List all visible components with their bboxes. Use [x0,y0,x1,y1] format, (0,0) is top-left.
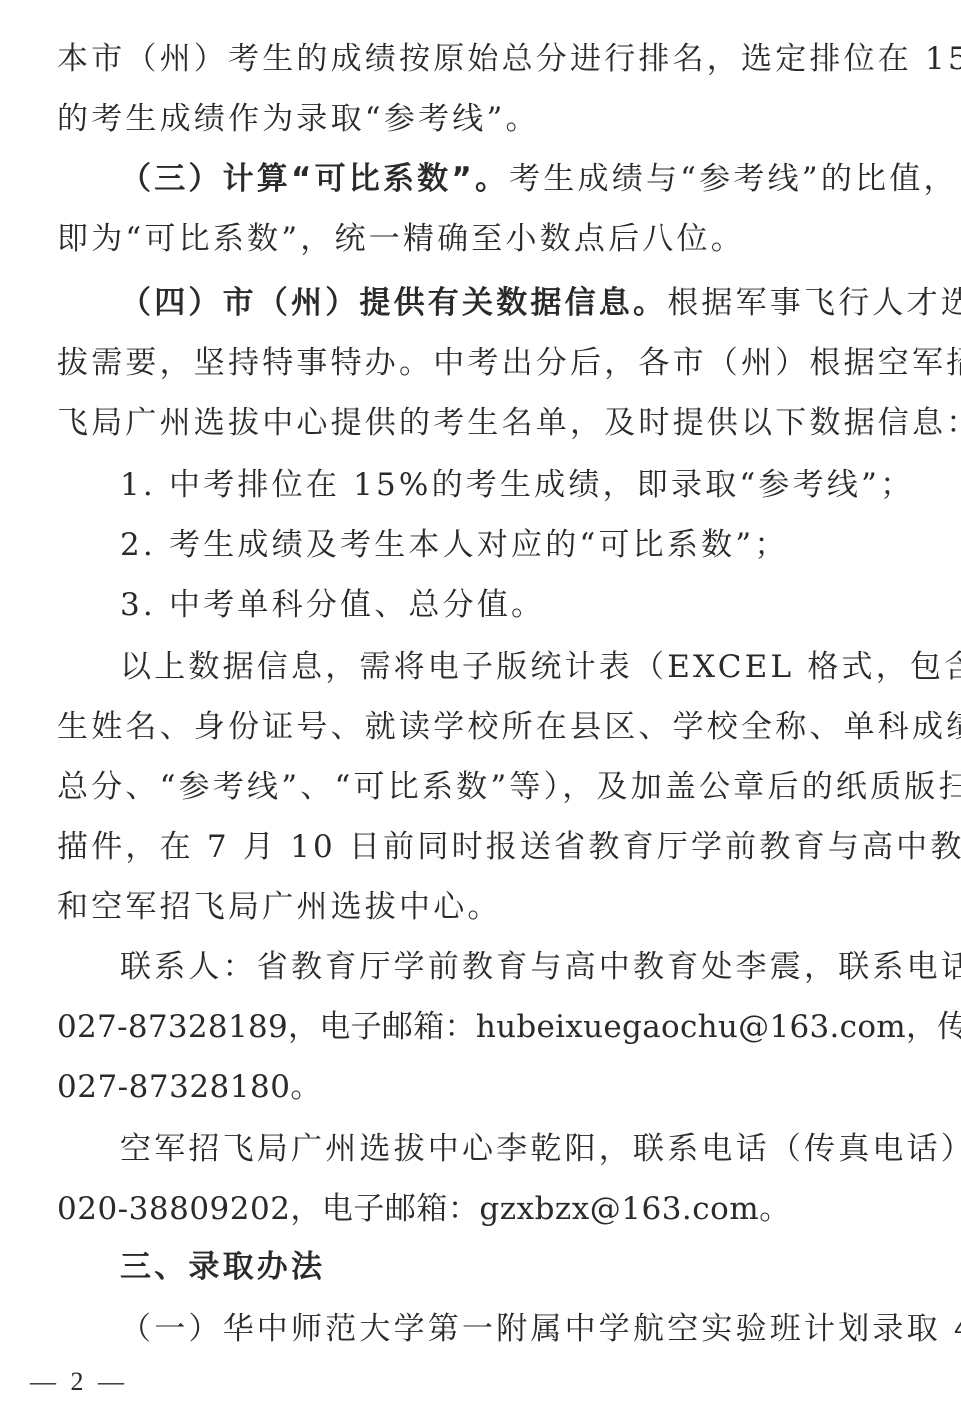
section-4-provide-data: （四）市（州）提供有关数据信息。根据军事飞行人才选 [120,283,907,323]
paragraph-line: 即为“可比系数”，统一精确至小数点后八位。 [57,219,907,259]
page-number: — 2 — [30,1366,128,1398]
contact-line: 027-87328189，电子邮箱：hubeixuegaochu@163.com… [57,1007,907,1047]
paragraph-line: 总分、“参考线”、“可比系数”等），及加盖公章后的纸质版扫 [57,767,907,807]
paragraph-line: 拔需要，坚持特事特办。中考出分后，各市（州）根据空军招 [57,343,907,383]
paragraph-line: 的考生成绩作为录取“参考线”。 [57,99,907,139]
section-text: 考生成绩与“参考线”的比值， [509,161,958,197]
list-item-2: 2. 考生成绩及考生本人对应的“可比系数”； [120,525,907,565]
paragraph-line: 生姓名、身份证号、就读学校所在县区、学校全称、单科成绩、 [57,707,907,747]
paragraph-line: 和空军招飞局广州选拔中心。 [57,887,907,927]
list-item-1: 1. 中考排位在 15%的考生成绩，即录取“参考线”； [120,465,907,505]
contact-line: 020-38809202，电子邮箱：gzxbzx@163.com。 [57,1189,907,1229]
section-text: 根据军事飞行人才选 [667,285,961,321]
section-heading-inline: （三）计算“可比系数”。 [120,161,509,197]
paragraph-line: （一）华中师范大学第一附属中学航空实验班计划录取 40 [120,1309,907,1349]
section-3-calculate-coefficient: （三）计算“可比系数”。考生成绩与“参考线”的比值， [120,159,907,199]
list-item-3: 3. 中考单科分值、总分值。 [120,585,907,625]
section-heading-admission-method: 三、录取办法 [120,1247,907,1287]
section-heading-inline: （四）市（州）提供有关数据信息。 [120,285,667,321]
contact-line: 027-87328180。 [57,1067,907,1107]
contact-line: 空军招飞局广州选拔中心李乾阳，联系电话（传真电话）： [120,1129,907,1169]
paragraph-line: 本市（州）考生的成绩按原始总分进行排名，选定排位在 15% [57,39,907,79]
paragraph-line: 飞局广州选拔中心提供的考生名单，及时提供以下数据信息： [57,403,907,443]
paragraph-line: 以上数据信息，需将电子版统计表（EXCEL 格式，包含学 [120,647,907,687]
contact-line: 联系人：省教育厅学前教育与高中教育处李震，联系电话： [120,947,907,987]
paragraph-line: 描件，在 7 月 10 日前同时报送省教育厅学前教育与高中教育处 [57,827,907,867]
